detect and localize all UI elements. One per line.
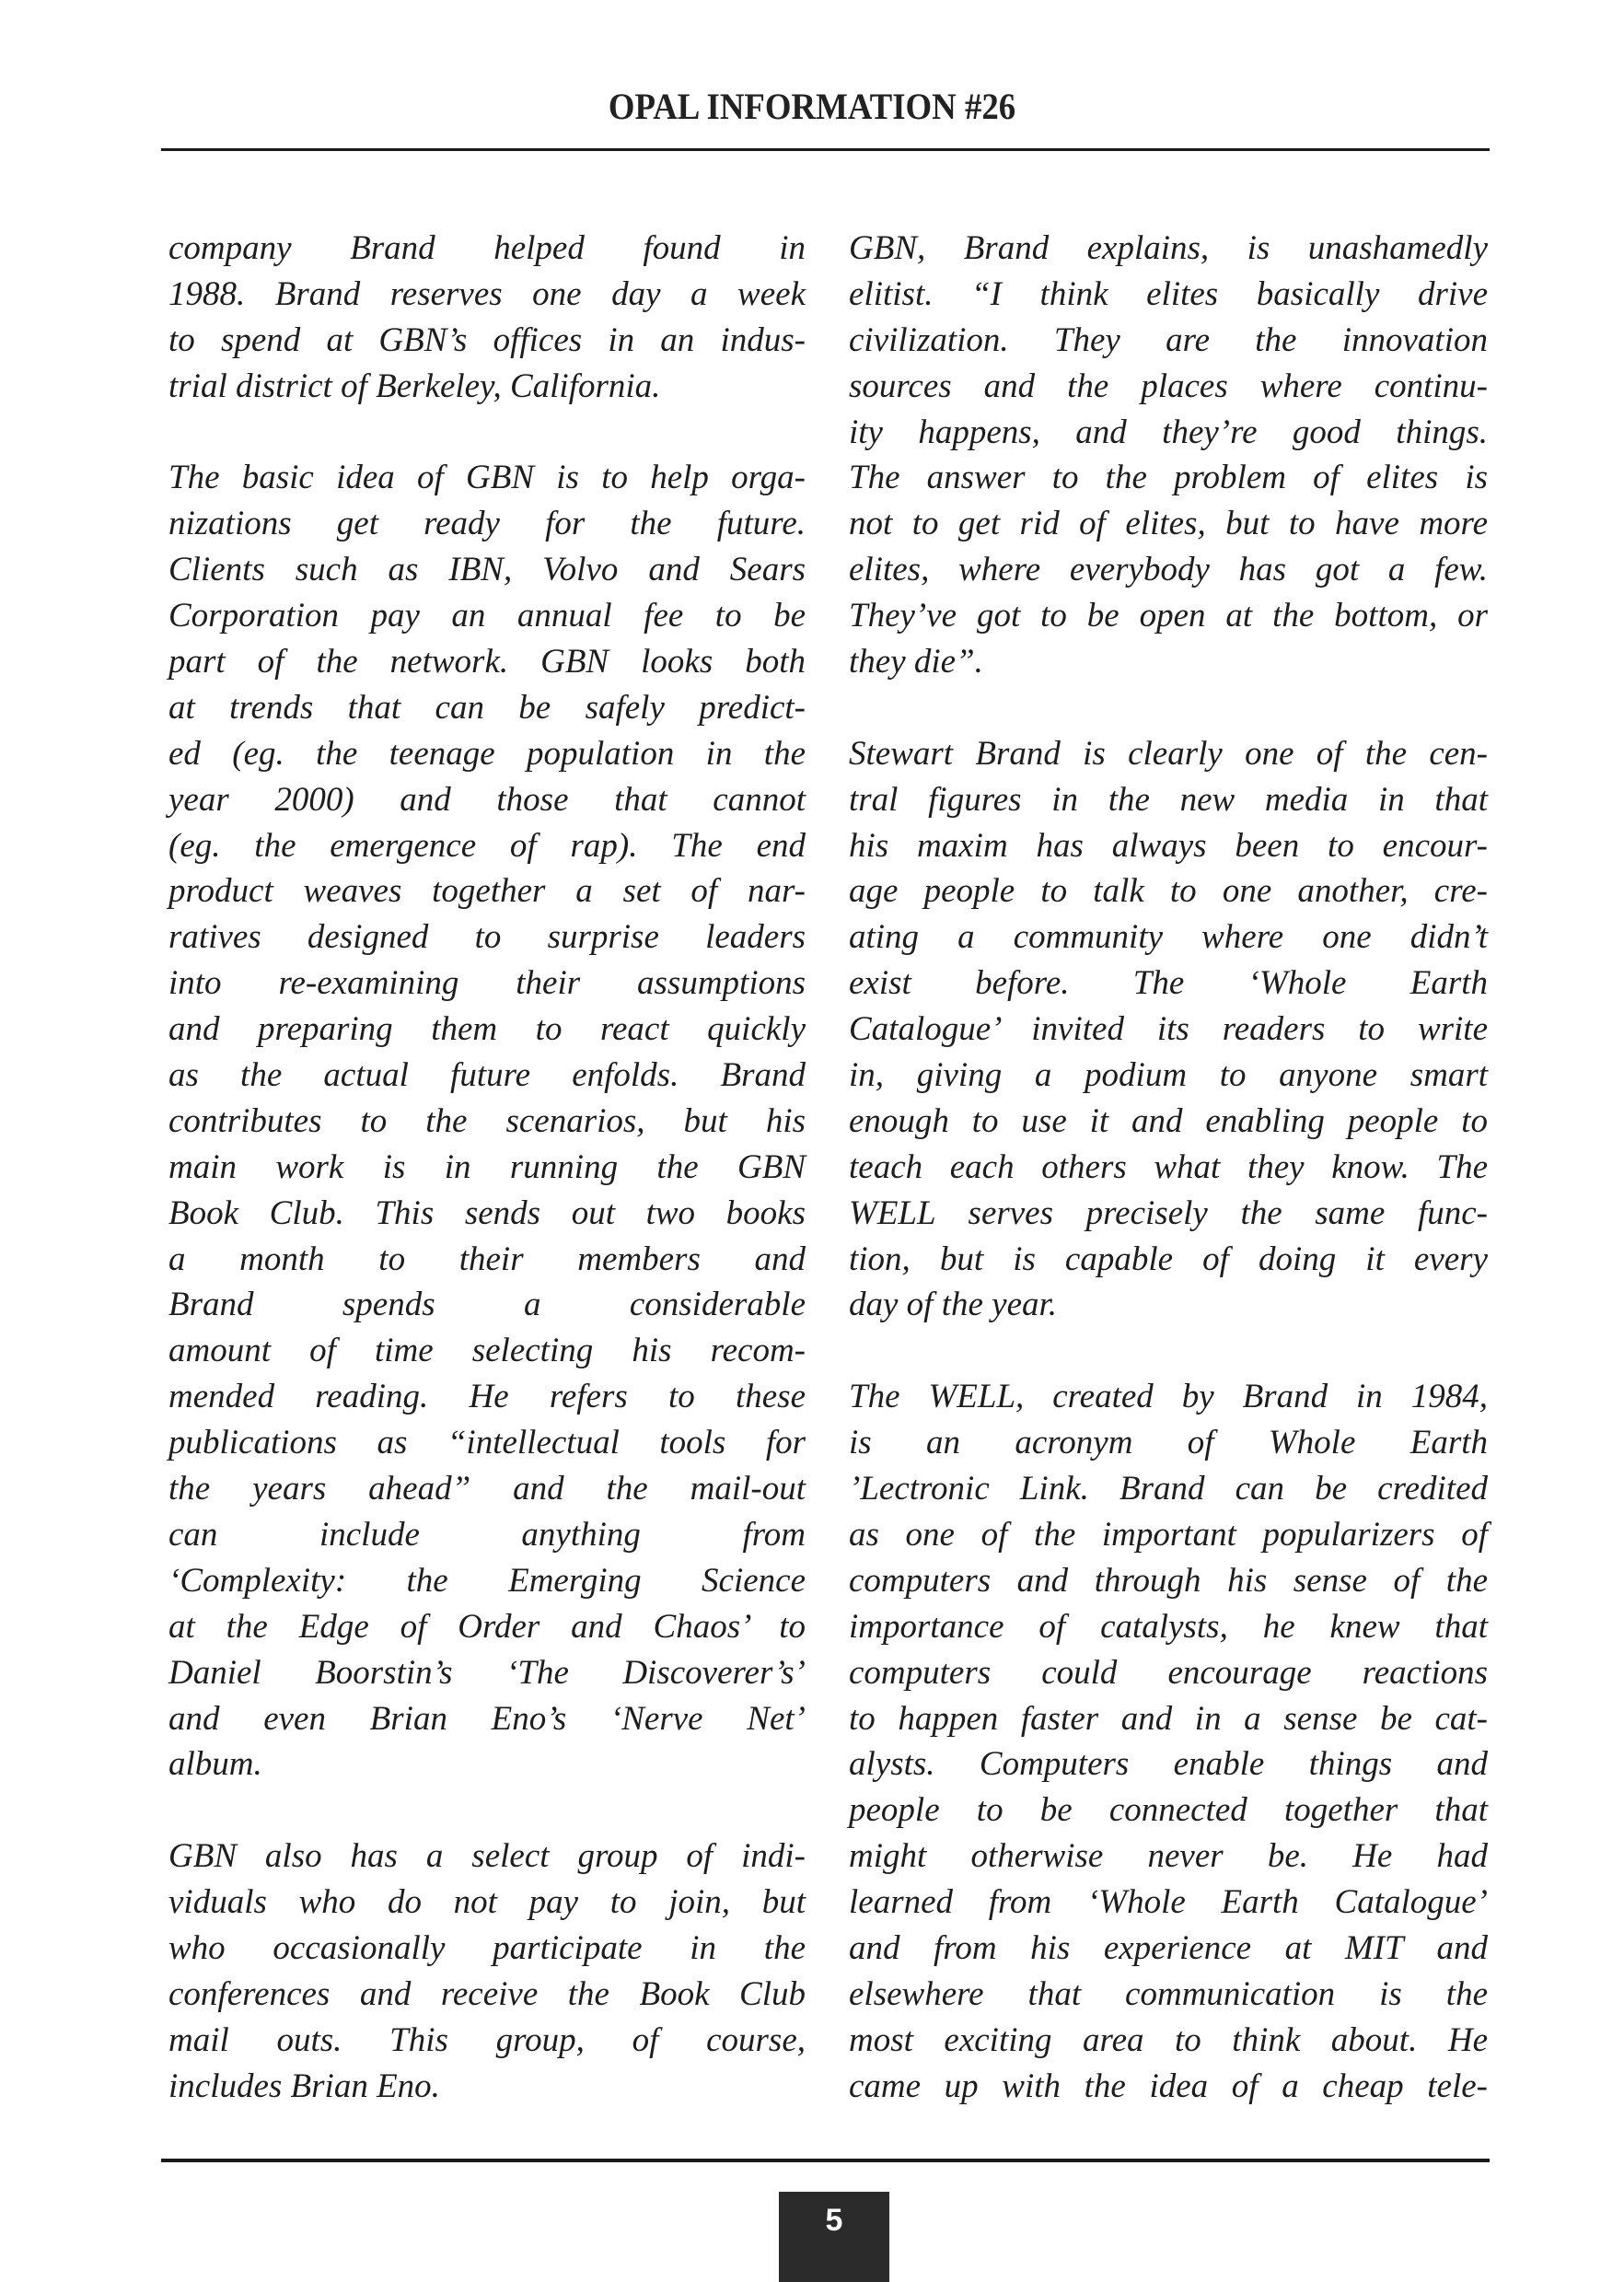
text-line: company Brand helped found in <box>168 226 806 272</box>
footer-rule <box>161 2159 1490 2162</box>
text-line: main work is in running the GBN <box>168 1145 806 1191</box>
text-line: The basic idea of GBN is to help orga- <box>168 455 806 501</box>
text-line: enough to use it and enabling people to <box>849 1099 1488 1145</box>
text-line: age people to talk to one another, cre- <box>849 868 1488 914</box>
text-line: and from his experience at MIT and <box>849 1926 1488 1972</box>
text-line: to spend at GBN’s offices in an indus- <box>168 318 806 364</box>
paragraph: GBN, Brand explains, is unashamedly elit… <box>849 226 1488 685</box>
page-header-title: OPAL INFORMATION #26 <box>65 85 1560 128</box>
text-line: computers could encourage reactions <box>849 1650 1488 1696</box>
paragraph: Stewart Brand is clearly one of the cen-… <box>849 731 1488 1329</box>
text-line: 1988. Brand reserves one day a week <box>168 272 806 318</box>
text-line: album. <box>168 1741 806 1787</box>
text-line: tral figures in the new media in that <box>849 777 1488 823</box>
text-line: Corporation pay an annual fee to be <box>168 593 806 639</box>
text-line: can include anything from <box>168 1512 806 1558</box>
text-line: publications as “intellectual tools for <box>168 1420 806 1466</box>
paragraph: The basic idea of GBN is to help orga- n… <box>168 455 806 1787</box>
text-line: they die”. <box>849 639 1488 685</box>
text-line: computers and through his sense of the <box>849 1558 1488 1604</box>
text-line: in, giving a podium to anyone smart <box>849 1053 1488 1099</box>
page-number-badge: 5 <box>779 2192 889 2282</box>
page-number: 5 <box>779 2203 889 2239</box>
text-line: the years ahead” and the mail-out <box>168 1466 806 1512</box>
text-line: at trends that can be safely predict- <box>168 685 806 731</box>
header-rule <box>161 148 1490 151</box>
text-line: civilization. They are the innovation <box>849 318 1488 364</box>
text-line: Daniel Boorstin’s ‘The Discoverer’s’ <box>168 1650 806 1696</box>
text-line: The answer to the problem of elites is <box>849 455 1488 501</box>
text-line: Stewart Brand is clearly one of the cen- <box>849 731 1488 777</box>
text-line: ‘Complexity: the Emerging Science <box>168 1558 806 1604</box>
text-line: is an acronym of Whole Earth <box>849 1420 1488 1466</box>
text-line: at the Edge of Order and Chaos’ to <box>168 1604 806 1650</box>
text-line: ating a community where one didn’t <box>849 914 1488 961</box>
text-line: who occasionally participate in the <box>168 1926 806 1972</box>
text-line: exist before. The ‘Whole Earth <box>849 961 1488 1007</box>
text-line: importance of catalysts, he knew that <box>849 1604 1488 1650</box>
text-line: conferences and receive the Book Club <box>168 1972 806 2018</box>
text-line: to happen faster and in a sense be cat- <box>849 1696 1488 1742</box>
text-line: elsewhere that communication is the <box>849 1972 1488 2018</box>
text-line: teach each others what they know. The <box>849 1145 1488 1191</box>
text-line: his maxim has always been to encour- <box>849 823 1488 869</box>
text-line: and preparing them to react quickly <box>168 1007 806 1053</box>
text-line: ratives designed to surprise leaders <box>168 914 806 961</box>
text-line: elitist. “I think elites basically drive <box>849 272 1488 318</box>
text-line: year 2000) and those that cannot <box>168 777 806 823</box>
text-line: came up with the idea of a cheap tele- <box>849 2064 1488 2110</box>
text-line: GBN, Brand explains, is unashamedly <box>849 226 1488 272</box>
text-line: amount of time selecting his recom- <box>168 1328 806 1374</box>
text-line: trial district of Berkeley, California. <box>168 364 806 410</box>
text-line: learned from ‘Whole Earth Catalogue’ <box>849 1880 1488 1926</box>
text-line: sources and the places where continu- <box>849 364 1488 410</box>
paragraph-gap <box>168 1787 806 1834</box>
article-column-left: company Brand helped found in 1988. Bran… <box>168 226 806 2110</box>
text-line: Catalogue’ invited its readers to write <box>849 1007 1488 1053</box>
text-line: includes Brian Eno. <box>168 2064 806 2110</box>
text-line: part of the network. GBN looks both <box>168 639 806 685</box>
text-line: people to be connected together that <box>849 1787 1488 1834</box>
text-line: The WELL, created by Brand in 1984, <box>849 1374 1488 1420</box>
text-line: most exciting area to think about. He <box>849 2018 1488 2064</box>
paragraph-gap <box>849 1328 1488 1374</box>
text-line: WELL serves precisely the same func- <box>849 1191 1488 1237</box>
paragraph: company Brand helped found in 1988. Bran… <box>168 226 806 410</box>
text-line: tion, but is capable of doing it every <box>849 1237 1488 1283</box>
text-line: ’Lectronic Link. Brand can be credited <box>849 1466 1488 1512</box>
text-line: Clients such as IBN, Volvo and Sears <box>168 547 806 593</box>
text-line: ed (eg. the teenage population in the <box>168 731 806 777</box>
text-line: GBN also has a select group of indi- <box>168 1834 806 1880</box>
text-line: nizations get ready for the future. <box>168 501 806 547</box>
paragraph-gap <box>168 410 806 456</box>
text-line: a month to their members and <box>168 1237 806 1283</box>
paragraph: The WELL, created by Brand in 1984, is a… <box>849 1374 1488 2109</box>
text-line: not to get rid of elites, but to have mo… <box>849 501 1488 547</box>
text-line: might otherwise never be. He had <box>849 1834 1488 1880</box>
text-line: contributes to the scenarios, but his <box>168 1099 806 1145</box>
text-line: alysts. Computers enable things and <box>849 1741 1488 1787</box>
text-line: as one of the important popularizers of <box>849 1512 1488 1558</box>
article-column-right: GBN, Brand explains, is unashamedly elit… <box>849 226 1488 2110</box>
text-line: mended reading. He refers to these <box>168 1374 806 1420</box>
paragraph-gap <box>849 685 1488 731</box>
text-line: mail outs. This group, of course, <box>168 2018 806 2064</box>
text-line: product weaves together a set of nar- <box>168 868 806 914</box>
text-line: day of the year. <box>849 1282 1488 1328</box>
text-line: Brand spends a considerable <box>168 1282 806 1328</box>
text-line: ity happens, and they’re good things. <box>849 410 1488 456</box>
text-line: and even Brian Eno’s ‘Nerve Net’ <box>168 1696 806 1742</box>
text-line: into re-examining their assumptions <box>168 961 806 1007</box>
text-line: (eg. the emergence of rap). The end <box>168 823 806 869</box>
text-line: viduals who do not pay to join, but <box>168 1880 806 1926</box>
text-line: elites, where everybody has got a few. <box>849 547 1488 593</box>
text-line: as the actual future enfolds. Brand <box>168 1053 806 1099</box>
text-line: Book Club. This sends out two books <box>168 1191 806 1237</box>
paragraph: GBN also has a select group of indi- vid… <box>168 1834 806 2109</box>
text-line: They’ve got to be open at the bottom, or <box>849 593 1488 639</box>
